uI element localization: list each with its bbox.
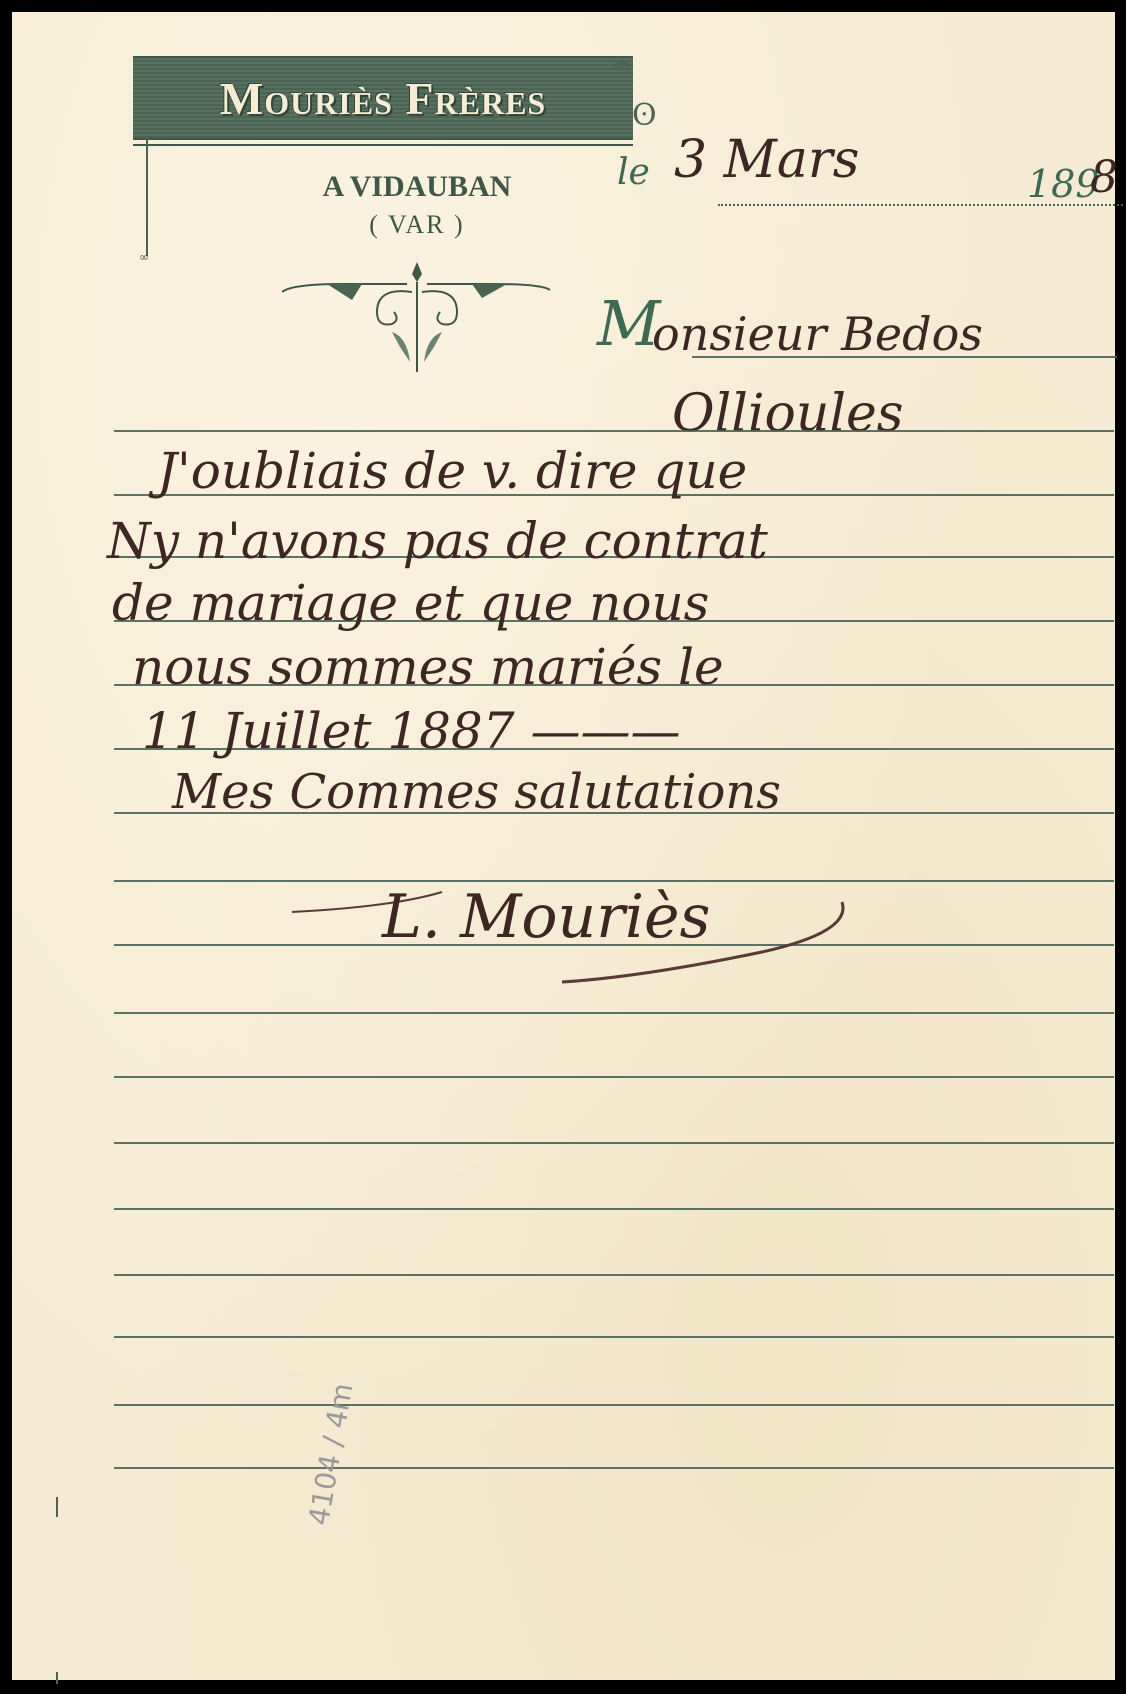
recipient-place: Ollioules bbox=[672, 384, 903, 444]
scroll-curl-icon: ຶʘ bbox=[632, 62, 662, 142]
company-name: Mouriès Frères bbox=[220, 72, 546, 125]
department-name: ( VAR ) bbox=[312, 210, 522, 240]
ruled-line bbox=[114, 1467, 1114, 1469]
year-printed: 189 bbox=[1027, 162, 1100, 206]
letter-paper: Mouriès Frères ຶʘ ∞ A VIDAUBAN ( VAR ) l… bbox=[12, 12, 1115, 1680]
letterhead-banner: Mouriès Frères bbox=[133, 56, 633, 140]
pencil-annotation: 4104 / 4m bbox=[302, 1381, 359, 1528]
signature: L. Mouriès bbox=[382, 882, 710, 952]
ruled-line bbox=[114, 1404, 1114, 1406]
ruled-line bbox=[114, 1336, 1114, 1338]
fleuron-ornament-icon bbox=[282, 262, 552, 382]
margin-tick bbox=[56, 1497, 58, 1517]
body-line-6: Mes Commes salutations bbox=[172, 764, 781, 820]
year-suffix: 8 bbox=[1090, 152, 1118, 203]
frame-knot-icon: ∞ bbox=[139, 250, 149, 264]
recipient-name: onsieur Bedos bbox=[652, 307, 983, 361]
body-line-5: 11 Juillet 1887 ——— bbox=[142, 702, 680, 760]
date-handwritten: 3 Mars bbox=[674, 130, 859, 190]
body-line-4: nous sommes mariés le bbox=[132, 638, 724, 696]
ruled-line bbox=[114, 1076, 1114, 1078]
ruled-line bbox=[114, 430, 1114, 432]
ruled-line bbox=[114, 1142, 1114, 1144]
body-line-1: J'oubliais de v. dire que bbox=[157, 442, 747, 500]
body-line-3: de mariage et que nous bbox=[112, 574, 709, 632]
date-prefix: le bbox=[617, 152, 650, 193]
body-line-2: Ny n'avons pas de contrat bbox=[107, 512, 768, 570]
frame-line bbox=[146, 136, 148, 256]
city-name: A VIDAUBAN bbox=[282, 170, 552, 204]
margin-tick bbox=[56, 1672, 58, 1684]
salutation-printed: M bbox=[597, 287, 660, 360]
ruled-line bbox=[114, 1274, 1114, 1276]
ruled-line bbox=[692, 356, 1117, 358]
ruled-line bbox=[114, 1208, 1114, 1210]
